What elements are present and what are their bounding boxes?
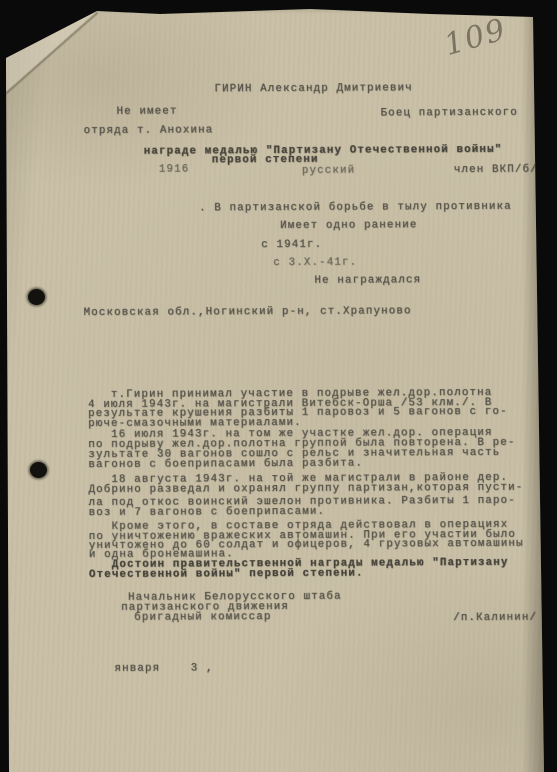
signature-name: /п.Калинин/ <box>453 613 537 624</box>
award-line: награде медалью "Партизану Отечественной… <box>144 145 503 158</box>
detachment-line: отряда т. Анохина <box>84 125 214 136</box>
service-since-line: с 1941г. <box>261 240 322 251</box>
awards-none-line: Не награждался <box>314 275 421 286</box>
role-line: Боец партизанского <box>381 108 518 120</box>
body-line-18: Отечественной войны" первой степени. <box>89 569 364 581</box>
body-line-12: воз и 7 вагонов с боеприпасами. <box>89 507 326 519</box>
person-name-line: ГИРИН Александр Дмитриевич <box>214 83 412 95</box>
nationality: русский <box>302 166 355 177</box>
typewritten-text: ГИРИН Александр Дмитриевич Не имеет Боец… <box>0 0 557 772</box>
detachment-since-line: с 3.X.-41г. <box>273 258 357 269</box>
not-has-line: Не имеет <box>117 107 178 118</box>
combat-line: . В партизанской борьбе в тылу противник… <box>199 202 512 214</box>
scan-background: 109 ГИРИН Александр Дмитриевич Не имеет … <box>0 0 557 772</box>
date-line: января 3 , <box>114 663 213 674</box>
party-membership: член ВКП/б/ <box>454 165 538 176</box>
birth-year: 1916 <box>159 164 190 175</box>
body-line-10: Добрино разведал и охранял группу партиз… <box>89 483 524 496</box>
address-line: Московская обл.,Ногинский р-н, ст.Храпун… <box>84 306 412 319</box>
signature-title-line-3: бригадный комиссар <box>134 612 271 624</box>
wound-line: Имеет одно ранение <box>280 220 417 232</box>
document-page: 109 ГИРИН Александр Дмитриевич Не имеет … <box>0 0 557 772</box>
body-line-8: вагонов с боеприпасами была разбита. <box>88 459 363 471</box>
